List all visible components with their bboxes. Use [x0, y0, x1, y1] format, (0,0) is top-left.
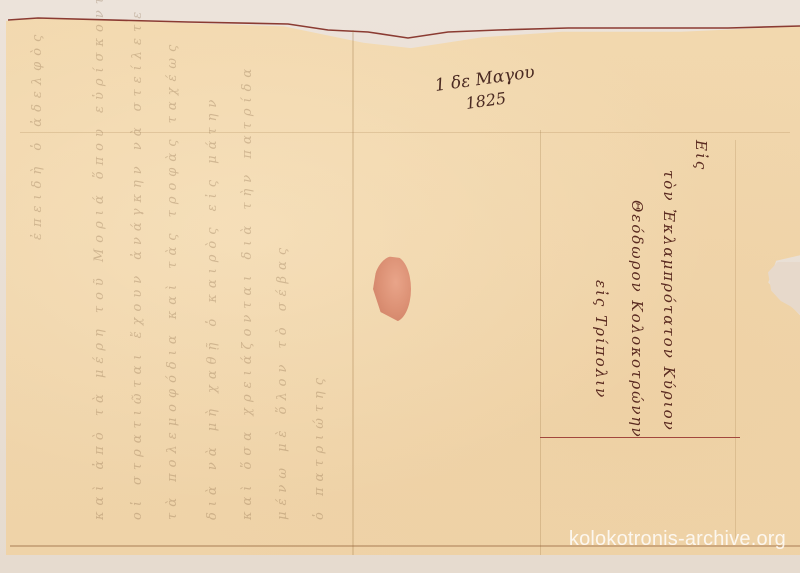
archive-watermark: kolokotronis-archive.org [569, 528, 786, 551]
address-line-3: Θεόδωρον Κολοκοτρώνην [628, 200, 646, 439]
address-line-4: εἰς Τρίπολιν [592, 280, 610, 399]
address-line-2: τὸν Ἐκλαμπρότατον Κύριον [660, 170, 678, 432]
vertical-fold-center [352, 30, 354, 555]
torn-top-edge [8, 12, 800, 52]
address-line-1: Εἰς [692, 140, 710, 171]
address-block: Εἰς τὸν Ἐκλαμπρότατον Κύριον Θεόδωρον Κο… [570, 140, 740, 440]
vertical-fold-address-left [540, 130, 541, 555]
